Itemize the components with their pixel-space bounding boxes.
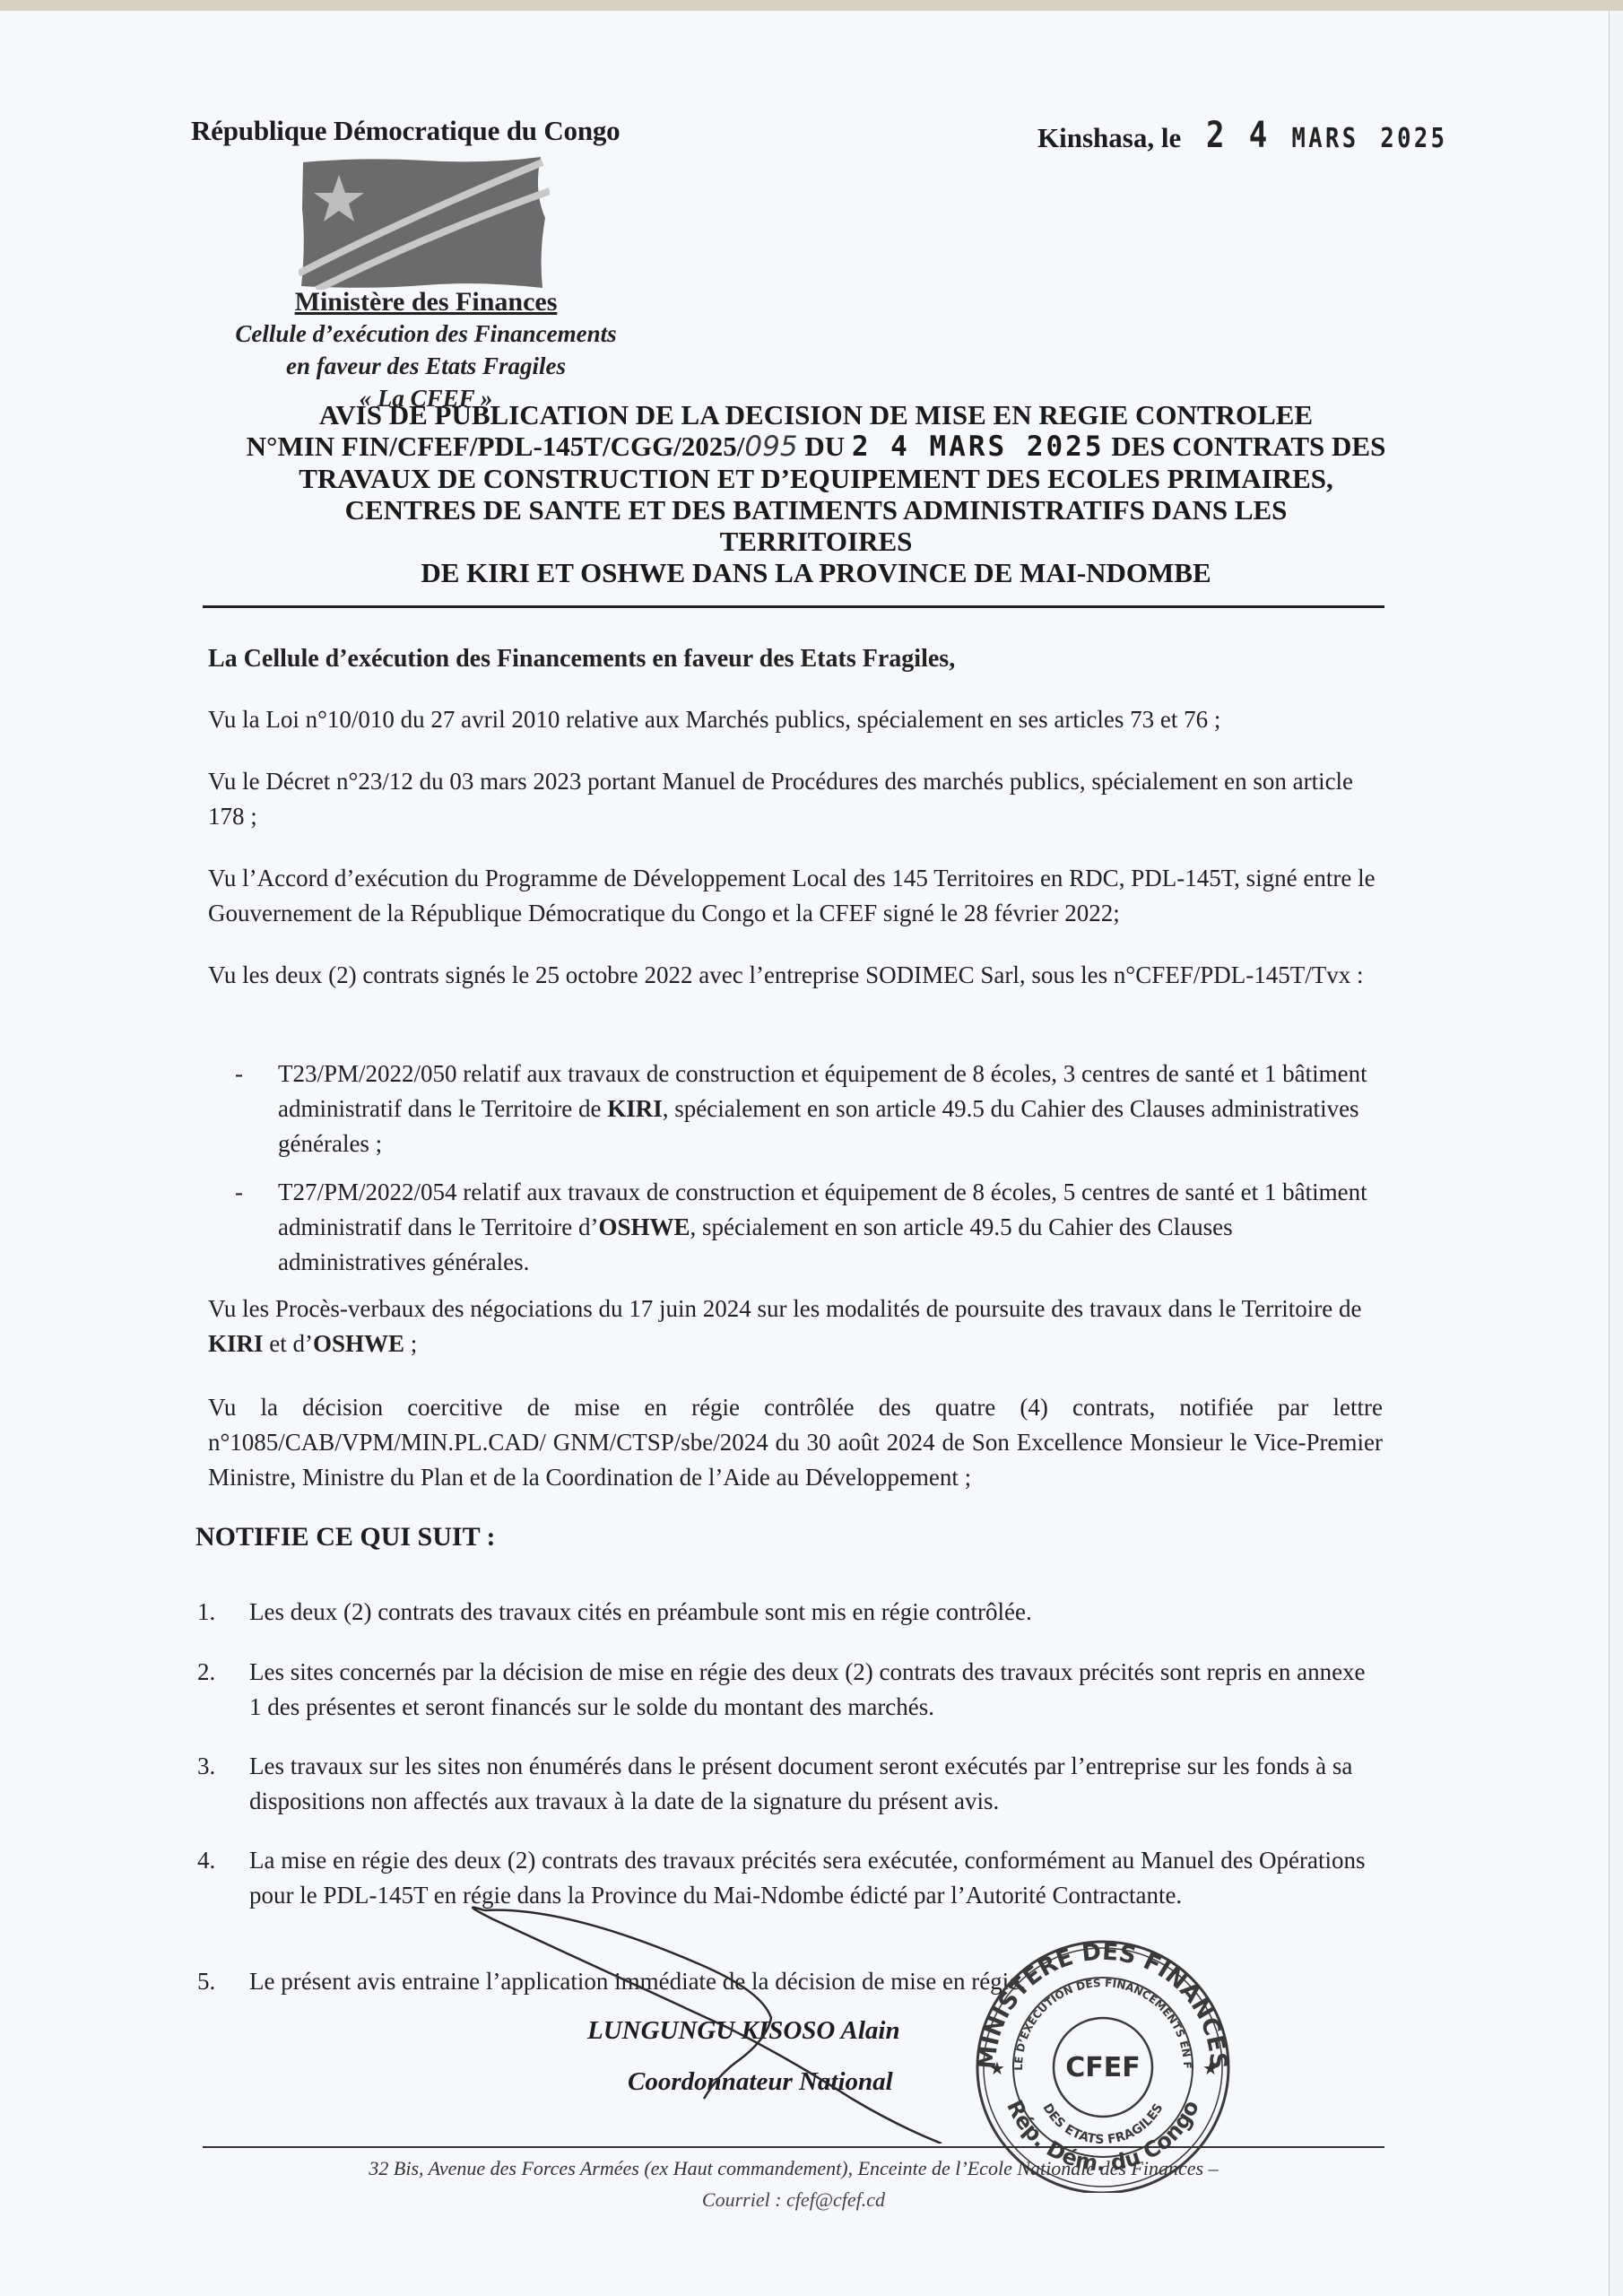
svg-text:★: ★ — [989, 2059, 1005, 2079]
drc-flag-icon — [299, 155, 550, 290]
svg-text:CFEF: CFEF — [1065, 2052, 1141, 2083]
issuer-block: Ministère des Finances Cellule d’exécuti… — [179, 287, 673, 414]
considerant-decision: Vu la décision coercitive de mise en rég… — [208, 1390, 1383, 1495]
contract-item: - T23/PM/2022/050 relatif aux travaux de… — [235, 1057, 1383, 1161]
considerant-4: Vu les deux (2) contrats signés le 25 oc… — [208, 958, 1383, 993]
footer-divider — [203, 2146, 1384, 2148]
considerant-pv: Vu les Procès-verbaux des négociations d… — [208, 1291, 1383, 1361]
considerant-3: Vu l’Accord d’exécution du Programme de … — [208, 861, 1383, 931]
considerant-2: Vu le Décret n°23/12 du 03 mars 2023 por… — [208, 764, 1383, 834]
date-stamp-title: 2 4 MARS 2025 — [852, 430, 1105, 463]
place-prefix: Kinshasa, le — [1037, 122, 1181, 153]
scan-top-edge — [0, 0, 1623, 11]
cell-line-1: Cellule d’exécution des Financements — [179, 317, 673, 350]
title-divider — [203, 605, 1384, 608]
reference-line: N°MIN FIN/CFEF/PDL-145T/CGG/2025/095 DU … — [126, 430, 1506, 463]
ministry-name: Ministère des Finances — [179, 287, 673, 317]
notification-item: 2.Les sites concernés par la décision de… — [197, 1655, 1381, 1725]
notification-heading: NOTIFIE CE QUI SUIT : — [195, 1522, 496, 1552]
country-name: République Démocratique du Congo — [191, 115, 620, 147]
handwritten-signature-icon — [430, 1883, 986, 2144]
official-seal-icon: MINISTERE DES FINANCES CELLULE D’EXECUTI… — [964, 1933, 1242, 2193]
cell-line-2: en faveur des Etats Fragiles — [179, 350, 673, 382]
considerant-1: Vu la Loi n°10/010 du 27 avril 2010 rela… — [208, 702, 1383, 737]
svg-text:MINISTERE DES FINANCES: MINISTERE DES FINANCES — [974, 1939, 1231, 2071]
document-title: AVIS DE PUBLICATION DE LA DECISION DE MI… — [126, 399, 1506, 588]
notification-item: 1.Les deux (2) contrats des travaux cité… — [197, 1595, 1381, 1630]
scan-right-edge — [1609, 11, 1610, 2296]
email-link[interactable]: cfef@cfef.cd — [786, 2188, 885, 2211]
place-date: Kinshasa, le 2 4 MARS 2025 — [1037, 115, 1490, 156]
svg-text:★: ★ — [1202, 2059, 1219, 2079]
date-stamp: 2 4 MARS 2025 — [1206, 115, 1447, 156]
intro-line: La Cellule d’exécution des Financements … — [208, 641, 1383, 676]
footer-address: 32 Bis, Avenue des Forces Armées (ex Hau… — [179, 2157, 1408, 2180]
footer-email: Courriel : cfef@cfef.cd — [179, 2188, 1408, 2212]
contract-item: - T27/PM/2022/054 relatif aux travaux de… — [235, 1175, 1383, 1280]
notification-item: 3.Les travaux sur les sites non énumérés… — [197, 1749, 1381, 1819]
handwritten-number: 095 — [744, 430, 797, 463]
